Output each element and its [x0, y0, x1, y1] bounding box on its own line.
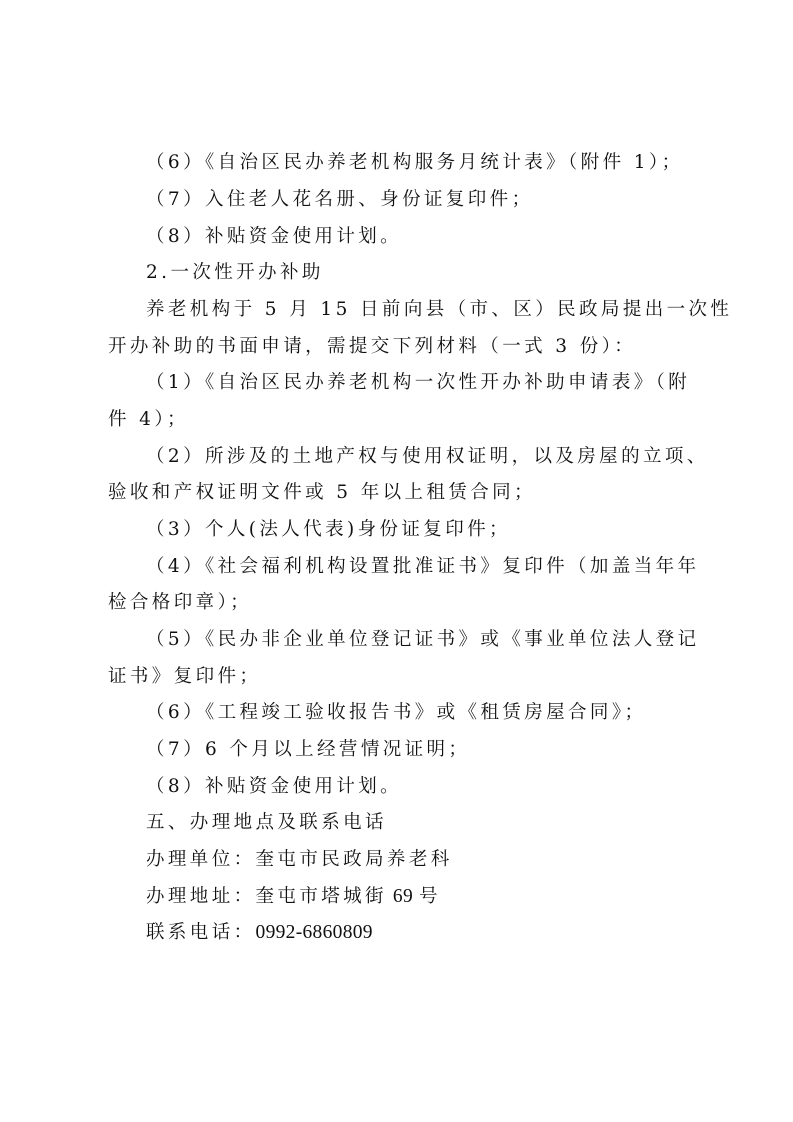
- section-heading-one-time-subsidy: 2.一次性开办补助: [146, 258, 693, 288]
- document-page: （6）《自治区民办养老机构服务月统计表》（附件 1）； （7）入住老人花名册、身…: [0, 0, 793, 1122]
- list-item-land-property-proof: （2）所涉及的土地产权与使用权证明，以及房屋的立项、: [146, 442, 693, 472]
- contact-address-label: 办理地址：: [146, 886, 256, 907]
- section-heading-location-contact: 五、办理地点及联系电话: [146, 808, 693, 838]
- contact-phone-value: 0992-6860809: [256, 922, 373, 943]
- list-item-acceptance-report: （6）《工程竣工验收报告书》或《租赁房屋合同》；: [146, 698, 693, 728]
- list-item-funding-plan: （8）补贴资金使用计划。: [146, 222, 693, 252]
- list-item-approval-certificate: （4）《社会福利机构设置批准证书》复印件（加盖当年年: [146, 552, 693, 582]
- paragraph-line: 养老机构于 5 月 15 日前向县（市、区）民政局提出一次性: [146, 295, 693, 325]
- paragraph-line: 开办补助的书面申请，需提交下列材料（一式 3 份）：: [108, 332, 693, 362]
- contact-phone: 联系电话：0992-6860809: [146, 918, 693, 948]
- list-item-resident-roster: （7）入住老人花名册、身份证复印件；: [146, 185, 693, 215]
- list-item-continuation: 证书》复印件；: [108, 662, 693, 692]
- list-item-funding-plan: （8）补贴资金使用计划。: [146, 772, 693, 802]
- contact-address-suffix: 号: [419, 886, 441, 907]
- list-item-id-copy: （3）个人(法人代表)身份证复印件；: [146, 515, 693, 545]
- list-item-monthly-stats-form: （6）《自治区民办养老机构服务月统计表》（附件 1）；: [146, 148, 693, 178]
- contact-unit-label: 办理单位：: [146, 849, 256, 870]
- list-item-operation-proof: （7）6 个月以上经营情况证明；: [146, 735, 693, 765]
- contact-address: 办理地址：奎屯市塔城街69号: [146, 882, 693, 912]
- contact-address-value: 奎屯市塔城街: [256, 886, 387, 907]
- list-item-continuation: 验收和产权证明文件或 5 年以上租赁合同；: [108, 478, 693, 508]
- list-item-registration-certificate: （5）《民办非企业单位登记证书》或《事业单位法人登记: [146, 625, 693, 655]
- contact-phone-label: 联系电话：: [146, 922, 256, 943]
- list-item-continuation: 件 4）；: [108, 405, 693, 435]
- list-item-application-form: （1）《自治区民办养老机构一次性开办补助申请表》（附: [146, 368, 693, 398]
- contact-unit-value: 奎屯市民政局养老科: [256, 849, 453, 870]
- contact-unit: 办理单位：奎屯市民政局养老科: [146, 845, 693, 875]
- contact-address-number: 69: [393, 886, 413, 907]
- list-item-continuation: 检合格印章）；: [108, 588, 693, 618]
